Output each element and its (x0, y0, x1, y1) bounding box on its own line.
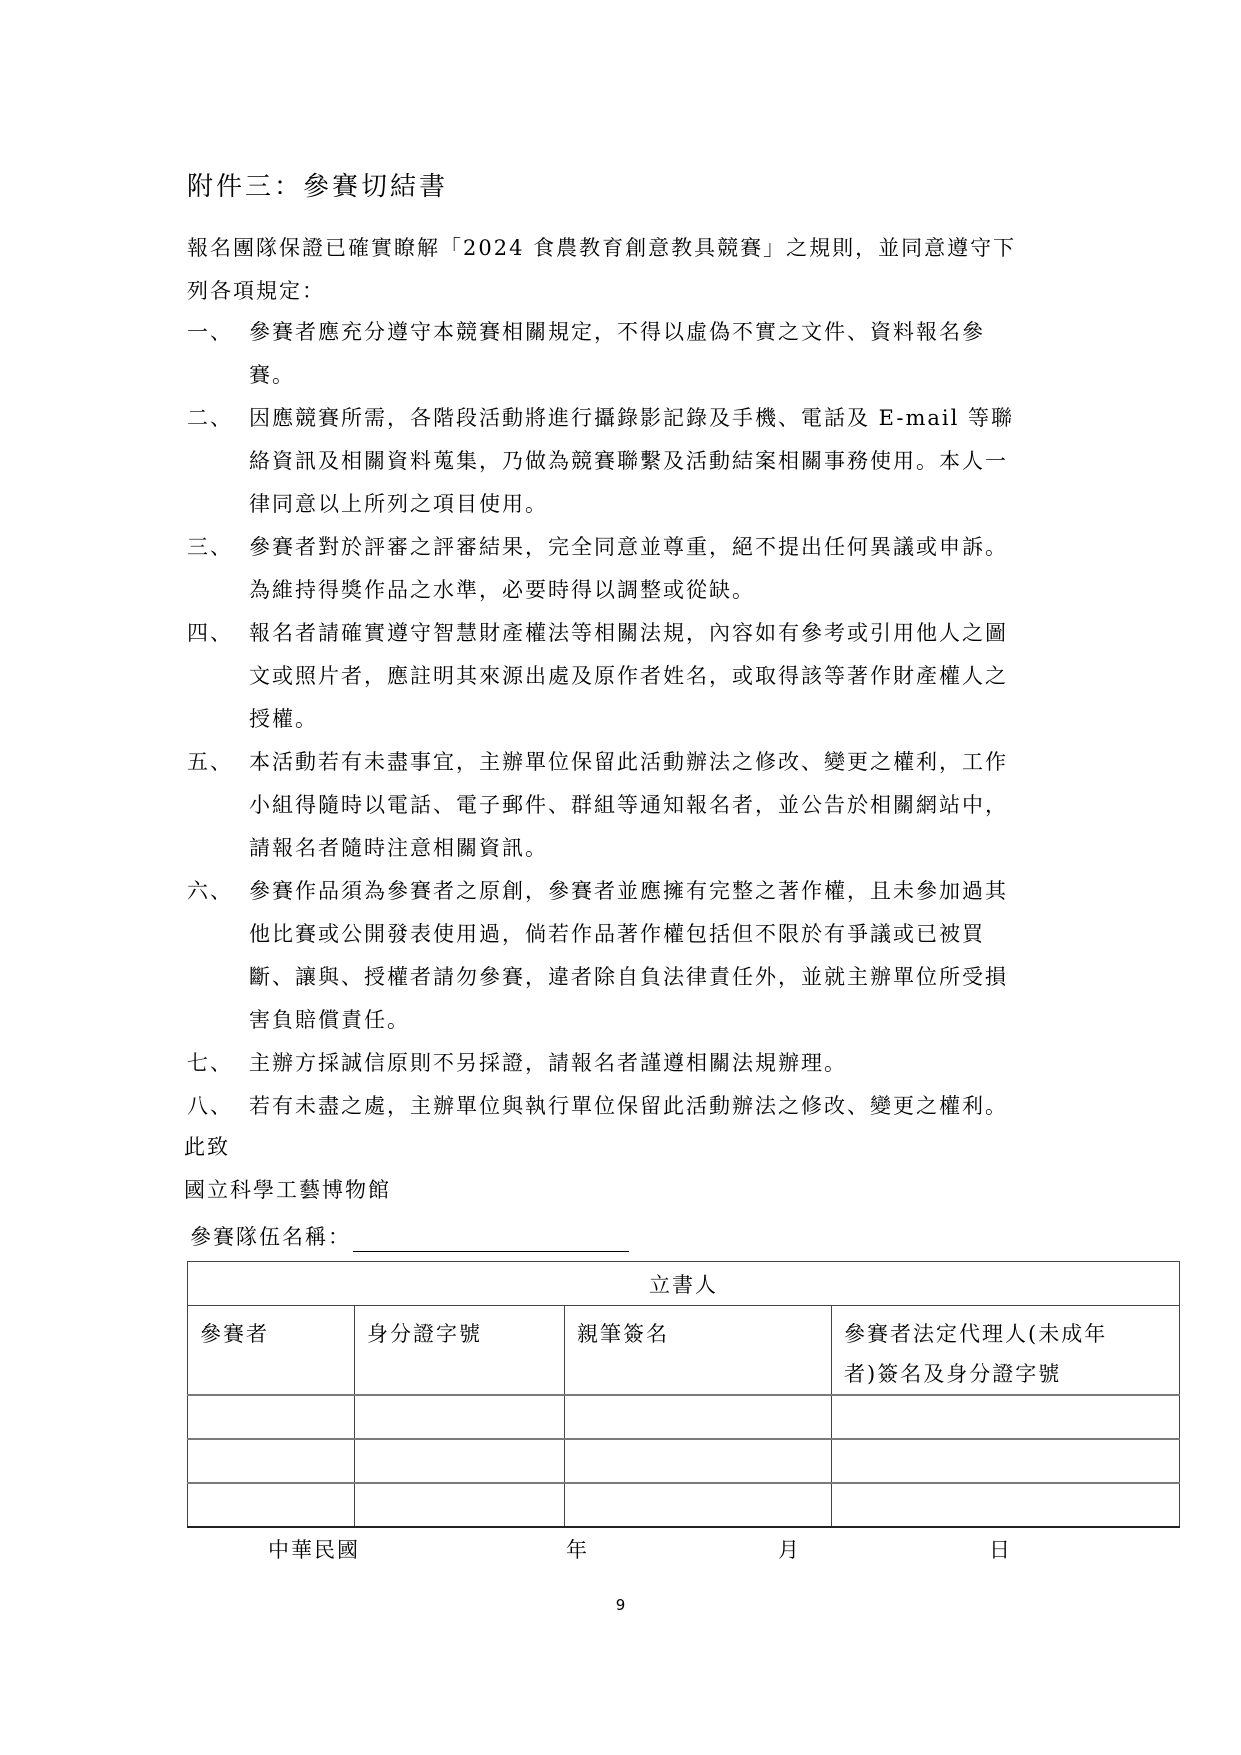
team-name-row: 參賽隊伍名稱： (190, 1222, 629, 1252)
rule-number: 二、 (187, 397, 233, 440)
date-month-label: 月 (778, 1535, 801, 1565)
rule-number: 六、 (187, 870, 233, 913)
recipient: 國立科學工藝博物館 (184, 1169, 391, 1212)
team-name-field[interactable] (353, 1225, 629, 1252)
header-cell-guardian: 參賽者法定代理人(未成年 者)簽名及身分證字號 (832, 1306, 1180, 1396)
document-page: 附件三：參賽切結書 報名團隊保證已確實瞭解「2024 食農教育創意教具競賽」之規… (0, 0, 1241, 1755)
salutation: 此致 (184, 1126, 391, 1169)
rule-line: 因應競賽所需，各階段活動將進行攝錄影記錄及手機、電話及 E-mail 等聯 (249, 397, 1087, 440)
signature-cell[interactable] (565, 1395, 832, 1439)
rule-item-6: 六、 參賽作品須為參賽者之原創，參賽者並應擁有完整之著作權，且未參加過其 他比賽… (187, 870, 1087, 1042)
rule-line: 賽。 (249, 354, 1087, 397)
closing-block: 此致 國立科學工藝博物館 (184, 1126, 391, 1212)
header-cell-participant: 參賽者 (188, 1306, 355, 1396)
guardian-cell[interactable] (832, 1395, 1180, 1439)
rule-item-2: 二、 因應競賽所需，各階段活動將進行攝錄影記錄及手機、電話及 E-mail 等聯… (187, 397, 1087, 526)
rule-item-4: 四、 報名者請確實遵守智慧財產權法等相關法規，內容如有參考或引用他人之圖 文或照… (187, 612, 1087, 741)
table-title: 立書人 (188, 1262, 1180, 1306)
rule-item-8: 八、 若有未盡之處，主辦單位與執行單位保留此活動辦法之修改、變更之權利。 (187, 1085, 1087, 1128)
header-cell-signature: 親筆簽名 (565, 1306, 832, 1396)
rule-item-7: 七、 主辦方採誠信原則不另採證，請報名者謹遵相關法規辦理。 (187, 1042, 1087, 1085)
signature-cell[interactable] (565, 1483, 832, 1527)
date-era: 中華民國 (268, 1535, 360, 1565)
header-cell-id-number: 身分證字號 (355, 1306, 565, 1396)
page-number: 9 (0, 1596, 1241, 1614)
rule-line: 授權。 (249, 698, 1087, 741)
table-row (188, 1439, 1180, 1483)
date-year-label: 年 (566, 1535, 589, 1565)
rule-line: 參賽者應充分遵守本競賽相關規定，不得以虛偽不實之文件、資料報名參 (249, 311, 1087, 354)
rule-line: 參賽作品須為參賽者之原創，參賽者並應擁有完整之著作權，且未參加過其 (249, 870, 1087, 913)
rule-number: 四、 (187, 612, 233, 655)
rule-item-5: 五、 本活動若有未盡事宜，主辦單位保留此活動辦法之修改、變更之權利，工作 小組得… (187, 741, 1087, 870)
rule-line: 為維持得獎作品之水準，必要時得以調整或從缺。 (249, 569, 1087, 612)
guardian-cell[interactable] (832, 1483, 1180, 1527)
table-header-row: 參賽者 身分證字號 親筆簽名 參賽者法定代理人(未成年 者)簽名及身分證字號 (188, 1306, 1180, 1396)
rule-number: 五、 (187, 741, 233, 784)
signature-cell[interactable] (565, 1439, 832, 1483)
rule-line: 請報名者隨時注意相關資訊。 (249, 827, 1087, 870)
rule-line: 律同意以上所列之項目使用。 (249, 483, 1087, 526)
date-day-label: 日 (989, 1535, 1012, 1565)
rule-line: 報名者請確實遵守智慧財產權法等相關法規，內容如有參考或引用他人之圖 (249, 612, 1087, 655)
table-row (188, 1395, 1180, 1439)
rule-line: 本活動若有未盡事宜，主辦單位保留此活動辦法之修改、變更之權利，工作 (249, 741, 1087, 784)
rule-line: 文或照片者，應註明其來源出處及原作者姓名，或取得該等著作財產權人之 (249, 655, 1087, 698)
rule-number: 七、 (187, 1042, 233, 1085)
rule-line: 若有未盡之處，主辦單位與執行單位保留此活動辦法之修改、變更之權利。 (249, 1085, 1087, 1128)
rule-line: 他比賽或公開發表使用過，倘若作品著作權包括但不限於有爭議或已被買 (249, 913, 1087, 956)
rule-line: 小組得隨時以電話、電子郵件、群組等通知報名者，並公告於相關網站中， (249, 784, 1087, 827)
participant-cell[interactable] (188, 1439, 355, 1483)
intro-line: 報名團隊保證已確實瞭解「2024 食農教育創意教具競賽」之規則，並同意遵守下 (187, 227, 1067, 270)
id-number-cell[interactable] (355, 1483, 565, 1527)
rule-line: 絡資訊及相關資料蒐集，乃做為競賽聯繫及活動結案相關事務使用。本人一 (249, 440, 1087, 483)
rule-number: 一、 (187, 311, 233, 354)
table-title-row: 立書人 (188, 1262, 1180, 1306)
signature-table: 立書人 參賽者 身分證字號 親筆簽名 參賽者法定代理人(未成年 者)簽名及身分證… (187, 1261, 1180, 1528)
rules-list: 一、 參賽者應充分遵守本競賽相關規定，不得以虛偽不實之文件、資料報名參 賽。 二… (187, 311, 1087, 1128)
team-name-label: 參賽隊伍名稱： (190, 1222, 351, 1252)
rule-number: 八、 (187, 1085, 233, 1128)
rule-line: 害負賠償責任。 (249, 999, 1087, 1042)
intro-line: 列各項規定： (187, 270, 1067, 313)
rule-line: 斷、讓與、授權者請勿參賽，違者除自負法律責任外，並就主辦單位所受損 (249, 956, 1087, 999)
rule-line: 參賽者對於評審之評審結果，完全同意並尊重，絕不提出任何異議或申訴。 (249, 526, 1087, 569)
participant-cell[interactable] (188, 1483, 355, 1527)
id-number-cell[interactable] (355, 1395, 565, 1439)
rule-item-1: 一、 參賽者應充分遵守本競賽相關規定，不得以虛偽不實之文件、資料報名參 賽。 (187, 311, 1087, 397)
rule-number: 三、 (187, 526, 233, 569)
table-row (188, 1483, 1180, 1527)
id-number-cell[interactable] (355, 1439, 565, 1483)
participant-cell[interactable] (188, 1395, 355, 1439)
document-title: 附件三：參賽切結書 (187, 167, 448, 207)
rule-item-3: 三、 參賽者對於評審之評審結果，完全同意並尊重，絕不提出任何異議或申訴。 為維持… (187, 526, 1087, 612)
guardian-cell[interactable] (832, 1439, 1180, 1483)
rule-line: 主辦方採誠信原則不另採證，請報名者謹遵相關法規辦理。 (249, 1042, 1087, 1085)
intro-paragraph: 報名團隊保證已確實瞭解「2024 食農教育創意教具競賽」之規則，並同意遵守下 列… (187, 227, 1067, 313)
